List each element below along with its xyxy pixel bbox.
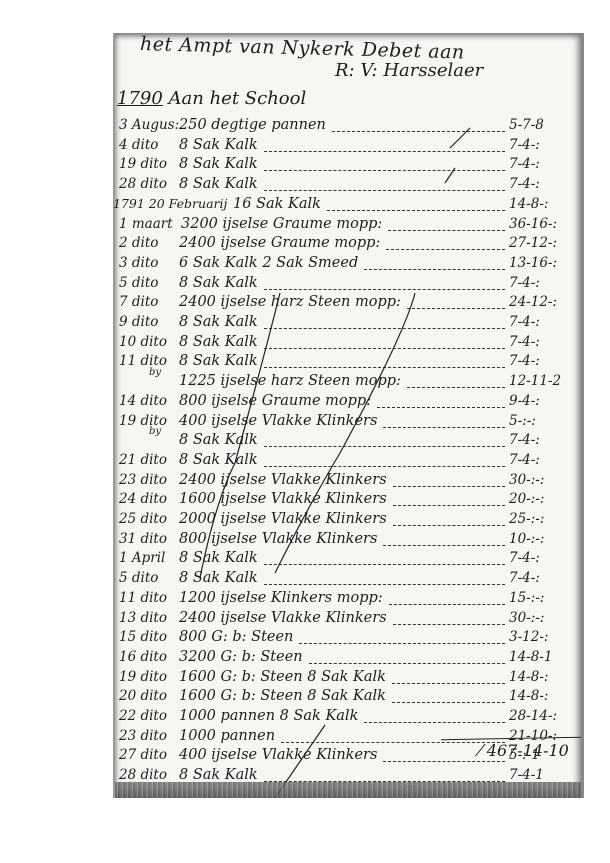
entry-date: 22 dito: [119, 708, 167, 724]
entry-description: 3200 ijselse Graume mopp:: [181, 216, 382, 232]
entry-amount: 7-4-:: [509, 137, 540, 153]
entry-amount: 13-16-:: [509, 255, 557, 271]
entry-description: 800 G: b: Steen: [179, 629, 293, 645]
fill-dashes: [407, 308, 505, 309]
ledger-entry: 1 April8 Sak Kalk7-4-:: [115, 550, 581, 571]
entry-description: 800 ijselse Vlakke Klinkers: [179, 531, 377, 547]
fill-dashes: [388, 230, 505, 231]
fill-dashes: [407, 387, 505, 388]
fill-dashes: [264, 446, 505, 447]
entry-amount: 7-4-:: [509, 334, 540, 350]
entry-date: 1 maart: [119, 216, 173, 232]
entry-description: 8 Sak Kalk: [179, 275, 258, 291]
ledger-entry: 28 dito8 Sak Kalk7-4-1: [115, 767, 581, 788]
entry-date: 24 dito: [119, 491, 167, 507]
archive-stamp: ~: [405, 780, 414, 793]
section-title: Aan het School: [169, 88, 307, 109]
ledger-entry: 3 Augus: 250 degtige pannen5-7-8: [115, 117, 581, 138]
entry-description: 8 Sak Kalk: [179, 570, 258, 586]
fill-dashes: [264, 289, 505, 290]
entry-description: 8 Sak Kalk: [179, 452, 258, 468]
entry-amount: 12-11-2: [509, 373, 561, 389]
entry-description: 250 degtige pannen: [179, 117, 326, 133]
entry-date: 20 dito: [119, 688, 167, 704]
entry-description: 2400 ijselse Vlakke Klinkers: [179, 610, 387, 626]
ledger-entry: 28 dito8 Sak Kalk7-4-:: [115, 176, 581, 197]
entry-description: 1000 pannen: [179, 728, 275, 744]
ledger-creditor: R: V: Harsselaer: [335, 60, 483, 81]
fill-dashes: [332, 131, 505, 132]
entry-description: 1200 ijselse Klinkers mopp:: [179, 590, 383, 606]
fill-dashes: [389, 604, 505, 605]
fill-dashes: [309, 663, 505, 664]
entry-amount: 7-4-:: [509, 452, 540, 468]
entry-date: 28 dito: [119, 176, 167, 192]
fill-dashes: [327, 210, 505, 211]
entry-description: 2400 ijselse Graume mopp:: [179, 235, 380, 251]
ledger-entry: 13 dito2400 ijselse Vlakke Klinkers30-:-…: [115, 610, 581, 631]
section-year: 1790: [117, 88, 163, 109]
entry-description: 2400 ijselse harz Steen mopp:: [179, 294, 401, 310]
fill-dashes: [264, 564, 505, 565]
entry-amount: 28-14-:: [509, 708, 557, 724]
entry-date: 13 dito: [119, 610, 167, 626]
entry-amount: 7-4-:: [509, 314, 540, 330]
section-heading: 1790 Aan het School: [117, 88, 306, 109]
ledger-entry: 11 dito8 Sak Kalk7-4-:: [115, 353, 581, 374]
entry-date: 10 dito: [119, 334, 167, 350]
ledger-entry: 1 maart3200 ijselse Graume mopp:36-16-:: [115, 216, 581, 237]
entry-amount: 14-8-:: [509, 669, 548, 685]
entry-date: 23 dito: [119, 728, 167, 744]
fill-dashes: [393, 486, 505, 487]
entry-description: 1000 pannen 8 Sak Kalk: [179, 708, 358, 724]
ledger-entry: 4 dito8 Sak Kalk7-4-:: [115, 137, 581, 158]
ledger-entry: 20 dito1600 G: b: Steen 8 Sak Kalk14-8-:: [115, 688, 581, 709]
fill-dashes: [264, 367, 505, 368]
fill-dashes: [393, 505, 505, 506]
ledger-entry: 19 dito1600 G: b: Steen 8 Sak Kalk14-8-:: [115, 669, 581, 690]
entry-amount: 30-:-:: [509, 472, 544, 488]
ledger-entry: 23 dito2400 ijselse Vlakke Klinkers30-:-…: [115, 472, 581, 493]
entry-description: 400 ijselse Vlakke Klinkers: [179, 413, 377, 429]
entry-amount: 14-8-1: [509, 649, 552, 665]
ledger-entry: 31 dito800 ijselse Vlakke Klinkers10-:-:: [115, 531, 581, 552]
entry-amount: 7-4-1: [509, 767, 544, 783]
ledger-entry: 5 dito8 Sak Kalk7-4-:: [115, 275, 581, 296]
entry-description: 16 Sak Kalk: [233, 196, 321, 212]
entry-amount: 7-4-:: [509, 275, 540, 291]
ledger-entry: 2 dito2400 ijselse Graume mopp:27-12-:: [115, 235, 581, 256]
entry-description: 800 ijselse Graume mopp:: [179, 393, 371, 409]
entry-date: 5 dito: [119, 570, 158, 586]
ledger-entry: 1791 20 Februarij16 Sak Kalk14-8-:: [115, 196, 581, 217]
fill-dashes: [264, 584, 505, 585]
entry-amount: 7-4-:: [509, 550, 540, 566]
fill-dashes: [364, 269, 505, 270]
entry-date: 1 April: [119, 550, 165, 566]
entry-date: 11 dito: [119, 590, 167, 606]
fill-dashes: [264, 466, 505, 467]
entry-date: 23 dito: [119, 472, 167, 488]
entry-date: 28 dito: [119, 767, 167, 783]
fill-dashes: [264, 151, 505, 152]
entry-amount: 20-:-:: [509, 491, 544, 507]
ledger-entry: 9 dito8 Sak Kalk7-4-:: [115, 314, 581, 335]
entry-amount: 7-4-:: [509, 353, 540, 369]
entry-amount: 3-12-:: [509, 629, 548, 645]
fill-dashes: [364, 722, 505, 723]
fill-dashes: [383, 545, 505, 546]
entry-date: 19 dito: [119, 669, 167, 685]
entry-amount: 7-4-:: [509, 570, 540, 586]
entry-amount: 15-:-:: [509, 590, 544, 606]
ledger-entry: 7 dito2400 ijselse harz Steen mopp:24-12…: [115, 294, 581, 315]
ledger-entry: 24 dito1600 ijselse Vlakke Klinkers20-:-…: [115, 491, 581, 512]
entry-date: 25 dito: [119, 511, 167, 527]
fill-dashes: [393, 624, 505, 625]
entry-date: 4 dito: [119, 137, 158, 153]
entry-description: 8 Sak Kalk: [179, 550, 258, 566]
fill-dashes: [386, 249, 505, 250]
entry-description: 3200 G: b: Steen: [179, 649, 303, 665]
entry-date: 7 dito: [119, 294, 158, 310]
ledger-entry: 16 dito3200 G: b: Steen14-8-1: [115, 649, 581, 670]
ledger-heading: het Ampt van Nykerk Debet aan: [140, 33, 465, 63]
entry-date: 1791 20 Februarij: [113, 196, 227, 211]
ledger-entry: 14 dito800 ijselse Graume mopp:9-4-:: [115, 393, 581, 414]
fill-dashes: [392, 683, 505, 684]
entry-date: 31 dito: [119, 531, 167, 547]
fill-dashes: [264, 190, 505, 191]
entry-description: 6 Sak Kalk 2 Sak Smeed: [179, 255, 358, 271]
entry-description: 8 Sak Kalk: [179, 156, 258, 172]
entry-description: 8 Sak Kalk: [179, 314, 258, 330]
entry-date: 9 dito: [119, 314, 158, 330]
ledger-entry: 21 dito8 Sak Kalk7-4-:: [115, 452, 581, 473]
ledger-entry: 19 dito8 Sak Kalk7-4-:: [115, 156, 581, 177]
entry-date: 14 dito: [119, 393, 167, 409]
entry-date: 19 dito: [119, 156, 167, 172]
fill-dashes: [377, 407, 505, 408]
entry-amount: 5-7-8: [509, 117, 544, 133]
fill-dashes: [264, 170, 505, 171]
entry-date: by: [149, 426, 161, 437]
entry-date: 21 dito: [119, 452, 167, 468]
fill-dashes: [383, 761, 505, 762]
entry-description: 1225 ijselse harz Steen mopp:: [179, 373, 401, 389]
entry-amount: 36-16-:: [509, 216, 557, 232]
ledger-entry: 22 dito1000 pannen 8 Sak Kalk28-14-:: [115, 708, 581, 729]
ledger-entry: 11 dito1200 ijselse Klinkers mopp:15-:-:: [115, 590, 581, 611]
ledger-entry: 5 dito8 Sak Kalk7-4-:: [115, 570, 581, 591]
total-amount: 467-14-10: [487, 741, 569, 760]
entry-description: 8 Sak Kalk: [179, 432, 258, 448]
ledger-entry: 15 dito800 G: b: Steen3-12-:: [115, 629, 581, 650]
ledger-entry: 10 dito8 Sak Kalk7-4-:: [115, 334, 581, 355]
ledger-entry: 19 dito400 ijselse Vlakke Klinkers5-:-:: [115, 413, 581, 434]
entry-description: 8 Sak Kalk: [179, 137, 258, 153]
fill-dashes: [383, 427, 505, 428]
fill-dashes: [281, 742, 505, 743]
entry-amount: 14-8-:: [509, 688, 548, 704]
entry-description: 8 Sak Kalk: [179, 353, 258, 369]
fill-dashes: [264, 348, 505, 349]
entry-amount: 7-4-:: [509, 432, 540, 448]
fill-dashes: [264, 328, 505, 329]
entry-date: 3 Augus:: [119, 117, 179, 133]
fill-dashes: [392, 702, 505, 703]
entry-amount: 14-8-:: [509, 196, 548, 212]
entry-amount: 5-:-:: [509, 413, 536, 429]
entry-description: 1600 G: b: Steen 8 Sak Kalk: [179, 688, 386, 704]
entry-amount: 9-4-:: [509, 393, 540, 409]
entry-amount: 25-:-:: [509, 511, 544, 527]
entry-date: by: [149, 367, 161, 378]
entry-amount: 30-:-:: [509, 610, 544, 626]
entry-description: 8 Sak Kalk: [179, 176, 258, 192]
entry-amount: 24-12-:: [509, 294, 557, 310]
entry-description: 1600 ijselse Vlakke Klinkers: [179, 491, 387, 507]
entry-date: 5 dito: [119, 275, 158, 291]
entry-description: 400 ijselse Vlakke Klinkers: [179, 747, 377, 763]
entry-amount: 10-:-:: [509, 531, 544, 547]
entry-description: 2400 ijselse Vlakke Klinkers: [179, 472, 387, 488]
entry-date: 27 dito: [119, 747, 167, 763]
entry-date: 3 dito: [119, 255, 158, 271]
entry-description: 8 Sak Kalk: [179, 334, 258, 350]
entry-amount: 7-4-:: [509, 156, 540, 172]
fill-dashes: [393, 525, 505, 526]
ledger-page: het Ampt van Nykerk Debet aan R: V: Hars…: [113, 33, 584, 798]
entry-amount: 7-4-:: [509, 176, 540, 192]
entry-date: 15 dito: [119, 629, 167, 645]
ledger-total: ⁄ 467-14-10: [479, 741, 569, 760]
ledger-entry: by1225 ijselse harz Steen mopp:12-11-2: [115, 373, 581, 394]
entry-description: 1600 G: b: Steen 8 Sak Kalk: [179, 669, 386, 685]
ledger-entry: 25 dito2000 ijselse Vlakke Klinkers25-:-…: [115, 511, 581, 532]
entry-date: 16 dito: [119, 649, 167, 665]
entry-amount: 27-12-:: [509, 235, 557, 251]
ledger-entry: 3 dito6 Sak Kalk 2 Sak Smeed13-16-:: [115, 255, 581, 276]
entry-date: 2 dito: [119, 235, 158, 251]
entry-description: 8 Sak Kalk: [179, 767, 258, 783]
fill-dashes: [264, 781, 505, 782]
entry-description: 2000 ijselse Vlakke Klinkers: [179, 511, 387, 527]
fill-dashes: [299, 643, 505, 644]
ledger-entry: by8 Sak Kalk7-4-:: [115, 432, 581, 453]
